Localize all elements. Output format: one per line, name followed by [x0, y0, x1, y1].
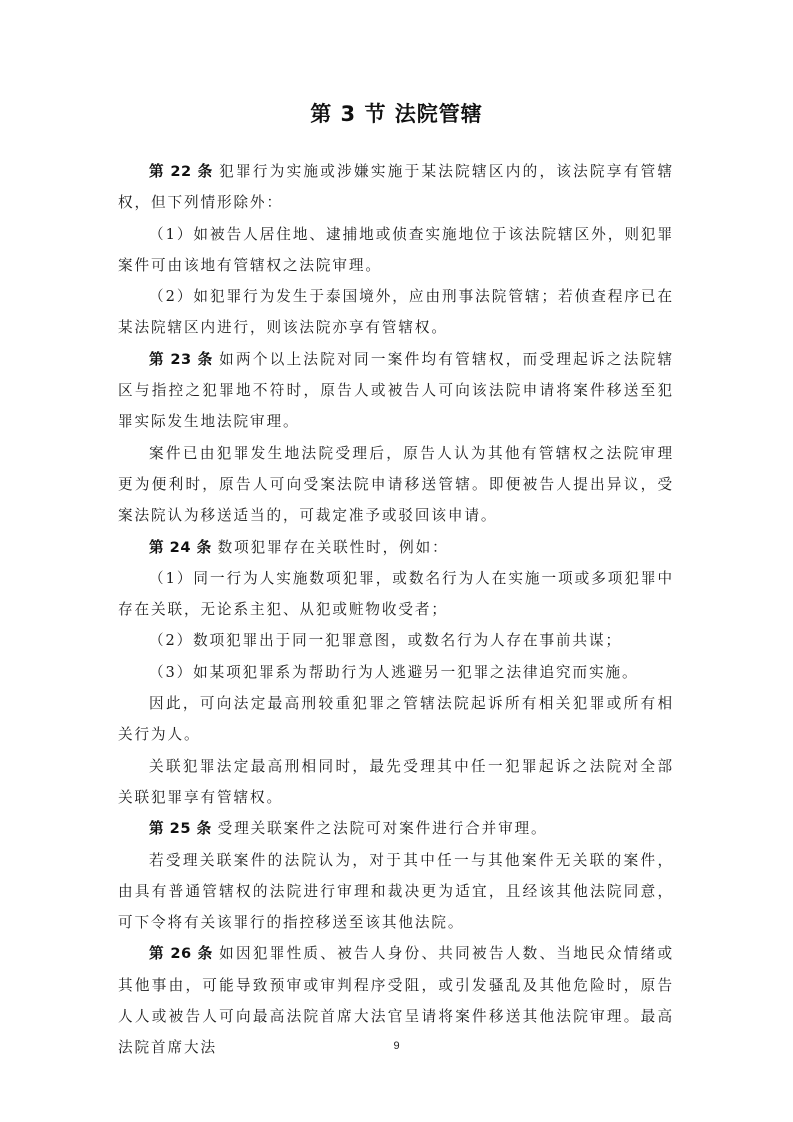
article-label: 第 24 条 — [149, 539, 212, 556]
article-25-paragraph-2: 若受理关联案件的法院认为，对于其中任一与其他案件无关联的案件，由具有普通管辖权的… — [118, 845, 674, 939]
section-title: 第 3 节 法院管辖 — [0, 98, 793, 128]
article-24-paragraph-3: 关联犯罪法定最高刑相同时，最先受理其中任一犯罪起诉之法院对全部关联犯罪享有管辖权… — [118, 751, 674, 814]
article-label: 第 26 条 — [149, 945, 213, 962]
article-label: 第 25 条 — [149, 820, 212, 837]
document-page: 第 3 节 法院管辖 第 22 条犯罪行为实施或涉嫌实施于某法院辖区内的，该法院… — [0, 0, 793, 1122]
article-22-item-2: （2）如犯罪行为发生于泰国境外，应由刑事法院管辖；若侦查程序已在某法院辖区内进行… — [118, 281, 674, 344]
article-24-paragraph-1: 第 24 条数项犯罪存在关联性时，例如： — [118, 532, 674, 563]
article-label: 第 23 条 — [149, 351, 213, 368]
article-23-paragraph-1: 第 23 条如两个以上法院对同一案件均有管辖权，而受理起诉之法院辖区与指控之犯罪… — [118, 344, 674, 438]
article-22-item-1: （1）如被告人居住地、逮捕地或侦查实施地位于该法院辖区外，则犯罪案件可由该地有管… — [118, 219, 674, 282]
article-24-item-1: （1）同一行为人实施数项犯罪，或数名行为人在实施一项或多项犯罪中存在关联，无论系… — [118, 563, 674, 626]
article-24-item-3: （3）如某项犯罪系为帮助行为人逃避另一犯罪之法律追究而实施。 — [118, 657, 674, 688]
article-22-paragraph-1: 第 22 条犯罪行为实施或涉嫌实施于某法院辖区内的，该法院享有管辖权，但下列情形… — [118, 156, 674, 219]
article-25-paragraph-1: 第 25 条受理关联案件之法院可对案件进行合并审理。 — [118, 813, 674, 844]
article-23-paragraph-2: 案件已由犯罪发生地法院受理后，原告人认为其他有管辖权之法院审理更为便利时，原告人… — [118, 438, 674, 532]
article-24-item-2: （2）数项犯罪出于同一犯罪意图，或数名行为人存在事前共谋； — [118, 625, 674, 656]
article-24-paragraph-2: 因此，可向法定最高刑较重犯罪之管辖法院起诉所有相关犯罪或所有相关行为人。 — [118, 688, 674, 751]
page-number: 9 — [0, 1040, 793, 1052]
article-label: 第 22 条 — [149, 163, 213, 180]
document-body: 第 22 条犯罪行为实施或涉嫌实施于某法院辖区内的，该法院享有管辖权，但下列情形… — [118, 156, 674, 1064]
